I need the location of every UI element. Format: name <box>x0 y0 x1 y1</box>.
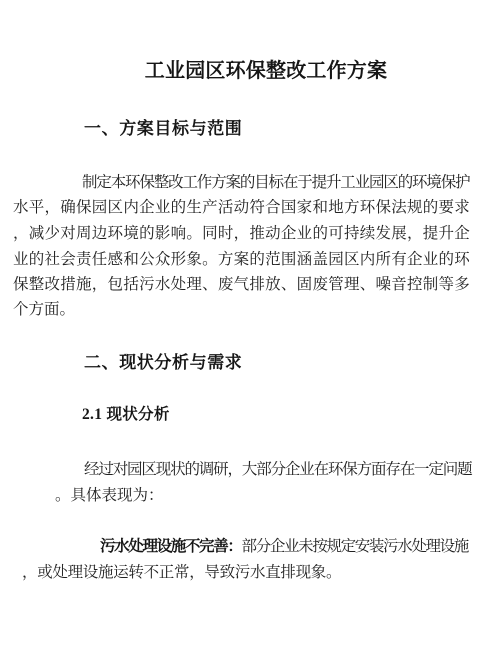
sewage-issue-line-1-rest: 部分企业未按规定安装污水处理设施 <box>242 538 468 555</box>
objective-paragraph-line-4: 业的社会责任感和公众形象。方案的范围涵盖园区内所有企业的环 <box>13 252 470 268</box>
subsection-heading-2-1: 2.1 现状分析 <box>82 407 170 423</box>
sewage-issue-line-1: 污水处理设施不完善：部分企业未按规定安装污水处理设施 <box>100 539 468 555</box>
sewage-issue-line-2: ，或处理设施运转不正常，导致污水直排现象。 <box>22 565 341 581</box>
objective-paragraph-line-1: 制定本环保整改工作方案的目标在于提升工业园区的环境保护 <box>82 175 469 191</box>
sewage-issue-lead: 污水处理设施不完善： <box>100 538 242 555</box>
status-paragraph-line-2: 。具体表现为： <box>55 488 164 504</box>
status-paragraph-line-1: 经过对园区现状的调研，大部分企业在环保方面存在一定问题 <box>84 462 471 478</box>
section-heading-one: 一、方案目标与范围 <box>84 120 242 137</box>
section-heading-two: 二、现状分析与需求 <box>84 354 242 371</box>
objective-paragraph-line-5: 保整改措施，包括污水处理、废气排放、固废管理、噪音控制等多 <box>13 277 470 293</box>
objective-paragraph-line-3: ，减少对周边环境的影响。同时，推动企业的可持续发展，提升企 <box>13 226 470 242</box>
document-title: 工业园区环保整改工作方案 <box>66 61 466 81</box>
objective-paragraph-line-2: 水平，确保园区内企业的生产活动符合国家和地方环保法规的要求 <box>13 200 470 216</box>
objective-paragraph-line-6: 个方面。 <box>13 302 75 318</box>
document-page: 工业园区环保整改工作方案 一、方案目标与范围 制定本环保整改工作方案的目标在于提… <box>0 0 500 647</box>
